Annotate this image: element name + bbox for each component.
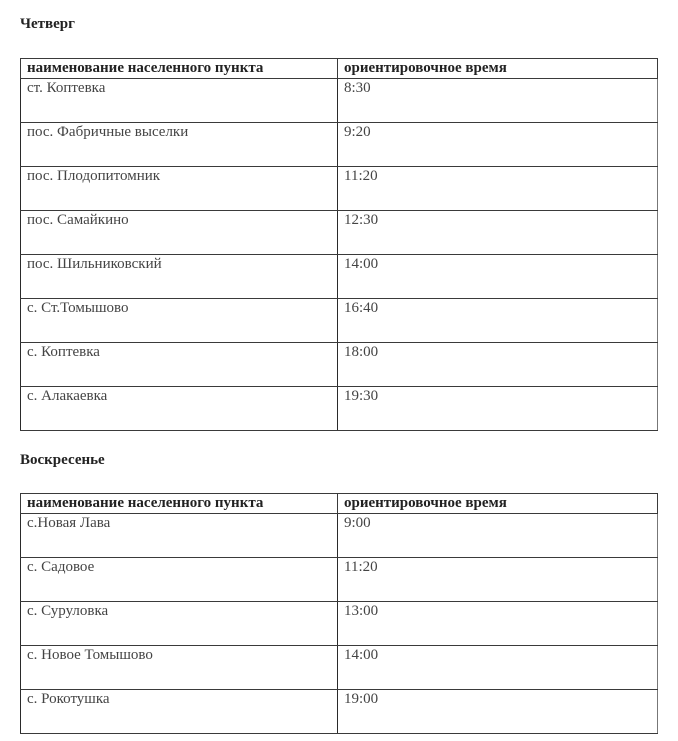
settlement-name-cell: с.Новая Лава	[21, 514, 338, 558]
settlement-name-cell: с. Новое Томышово	[21, 646, 338, 690]
header-settlement-name: наименование населенного пункта	[21, 494, 338, 514]
approx-time-cell: 18:00	[338, 343, 658, 387]
table-row: с. Суруловка13:00	[21, 602, 658, 646]
table-row: с. Садовое11:20	[21, 558, 658, 602]
table-header-row: наименование населенного пункта ориентир…	[21, 494, 658, 514]
settlement-name-cell: пос. Шильниковский	[21, 255, 338, 299]
approx-time-cell: 14:00	[338, 646, 658, 690]
table-row: ст. Коптевка8:30	[21, 79, 658, 123]
approx-time-cell: 12:30	[338, 211, 658, 255]
settlement-name-cell: с. Рокотушка	[21, 690, 338, 734]
approx-time-cell: 9:00	[338, 514, 658, 558]
approx-time-cell: 19:00	[338, 690, 658, 734]
section-title-thursday: Четверг	[20, 16, 75, 33]
table-row: с. Коптевка18:00	[21, 343, 658, 387]
table-row: с. Новое Томышово14:00	[21, 646, 658, 690]
settlement-name-cell: ст. Коптевка	[21, 79, 338, 123]
approx-time-cell: 19:30	[338, 387, 658, 431]
header-approx-time: ориентировочное время	[338, 59, 658, 79]
table-row: с. Рокотушка19:00	[21, 690, 658, 734]
table-row: пос. Самайкино12:30	[21, 211, 658, 255]
table-row: с. Ст.Томышово16:40	[21, 299, 658, 343]
approx-time-cell: 14:00	[338, 255, 658, 299]
settlement-name-cell: пос. Фабричные выселки	[21, 123, 338, 167]
settlement-name-cell: с. Ст.Томышово	[21, 299, 338, 343]
approx-time-cell: 16:40	[338, 299, 658, 343]
settlement-name-cell: пос. Самайкино	[21, 211, 338, 255]
settlement-name-cell: с. Коптевка	[21, 343, 338, 387]
schedule-table-sunday: наименование населенного пункта ориентир…	[20, 493, 658, 734]
approx-time-cell: 11:20	[338, 167, 658, 211]
approx-time-cell: 9:20	[338, 123, 658, 167]
table-row: с. Алакаевка19:30	[21, 387, 658, 431]
approx-time-cell: 13:00	[338, 602, 658, 646]
settlement-name-cell: с. Алакаевка	[21, 387, 338, 431]
table-row: пос. Шильниковский14:00	[21, 255, 658, 299]
header-approx-time: ориентировочное время	[338, 494, 658, 514]
table-row: пос. Фабричные выселки9:20	[21, 123, 658, 167]
section-title-sunday: Воскресенье	[20, 452, 105, 469]
header-settlement-name: наименование населенного пункта	[21, 59, 338, 79]
approx-time-cell: 11:20	[338, 558, 658, 602]
schedule-table-thursday: наименование населенного пункта ориентир…	[20, 58, 658, 431]
table-row: пос. Плодопитомник11:20	[21, 167, 658, 211]
table-header-row: наименование населенного пункта ориентир…	[21, 59, 658, 79]
approx-time-cell: 8:30	[338, 79, 658, 123]
settlement-name-cell: с. Садовое	[21, 558, 338, 602]
settlement-name-cell: пос. Плодопитомник	[21, 167, 338, 211]
table-row: с.Новая Лава9:00	[21, 514, 658, 558]
settlement-name-cell: с. Суруловка	[21, 602, 338, 646]
